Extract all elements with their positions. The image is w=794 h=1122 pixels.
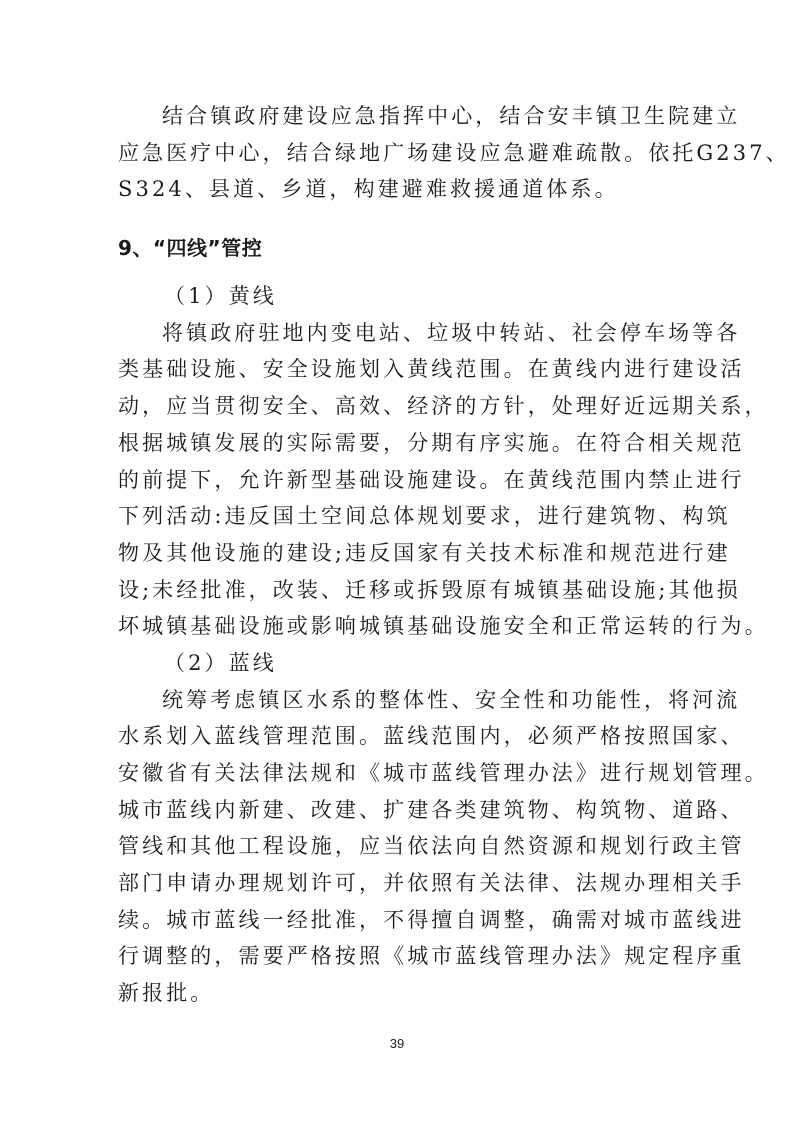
paragraph-line: 续。城市蓝线一经批准，不得擅自调整，确需对城市蓝线进 [118, 902, 676, 939]
paragraph-line: 管线和其他工程设施，应当依法向自然资源和规划行政主管 [118, 828, 676, 865]
paragraph-line: 安徽省有关法律法规和《城市蓝线管理办法》进行规划管理。 [118, 755, 676, 792]
paragraph-line: S324、县道、乡道，构建避难救援通道体系。 [118, 171, 676, 208]
paragraph-line: 统筹考虑镇区水系的整体性、安全性和功能性，将河流 [118, 682, 676, 719]
intro-paragraph: 结合镇政府建设应急指挥中心，结合安丰镇卫生院建立 应急医疗中心，结合绿地广场建设… [118, 98, 676, 208]
paragraph-line: 的前提下，允许新型基础设施建设。在黄线范围内禁止进行 [118, 462, 676, 499]
subsection-title: （1）黄线 [118, 278, 676, 315]
paragraph-line: 结合镇政府建设应急指挥中心，结合安丰镇卫生院建立 [118, 98, 676, 135]
paragraph-line: 将镇政府驻地内变电站、垃圾中转站、社会停车场等各 [118, 315, 676, 352]
paragraph-line: 根据城镇发展的实际需要，分期有序实施。在符合相关规范 [118, 425, 676, 462]
paragraph-line: 应急医疗中心，结合绿地广场建设应急避难疏散。依托G237、 [118, 135, 676, 172]
paragraph-line: 下列活动:违反国土空间总体规划要求，进行建筑物、构筑 [118, 498, 676, 535]
subsection-yellow-line: （1）黄线 将镇政府驻地内变电站、垃圾中转站、社会停车场等各 类基础设施、安全设… [118, 278, 676, 645]
document-page: 结合镇政府建设应急指挥中心，结合安丰镇卫生院建立 应急医疗中心，结合绿地广场建设… [0, 0, 794, 1122]
paragraph-line: 坏城镇基础设施或影响城镇基础设施安全和正常运转的行为。 [118, 608, 676, 645]
paragraph-line: 物及其他设施的建设;违反国家有关技术标准和规范进行建 [118, 535, 676, 572]
subsection-title: （2）蓝线 [118, 645, 676, 682]
paragraph-line: 部门申请办理规划许可，并依照有关法律、法规办理相关手 [118, 865, 676, 902]
section-heading: 9、“四线”管控 [118, 230, 676, 266]
paragraph-line: 类基础设施、安全设施划入黄线范围。在黄线内进行建设活 [118, 351, 676, 388]
page-number: 39 [0, 1036, 794, 1051]
paragraph-line: 城市蓝线内新建、改建、扩建各类建筑物、构筑物、道路、 [118, 792, 676, 829]
paragraph-line: 行调整的，需要严格按照《城市蓝线管理办法》规定程序重 [118, 938, 676, 975]
paragraph-line: 设;未经批准，改装、迁移或拆毁原有城镇基础设施;其他损 [118, 572, 676, 609]
paragraph-line: 动，应当贯彻安全、高效、经济的方针，处理好近远期关系， [118, 388, 676, 425]
subsection-blue-line: （2）蓝线 统筹考虑镇区水系的整体性、安全性和功能性，将河流 水系划入蓝线管理范… [118, 645, 676, 1012]
paragraph-line: 新报批。 [118, 975, 676, 1012]
page-content: 结合镇政府建设应急指挥中心，结合安丰镇卫生院建立 应急医疗中心，结合绿地广场建设… [118, 98, 676, 1012]
paragraph-line: 水系划入蓝线管理范围。蓝线范围内，必须严格按照国家、 [118, 718, 676, 755]
